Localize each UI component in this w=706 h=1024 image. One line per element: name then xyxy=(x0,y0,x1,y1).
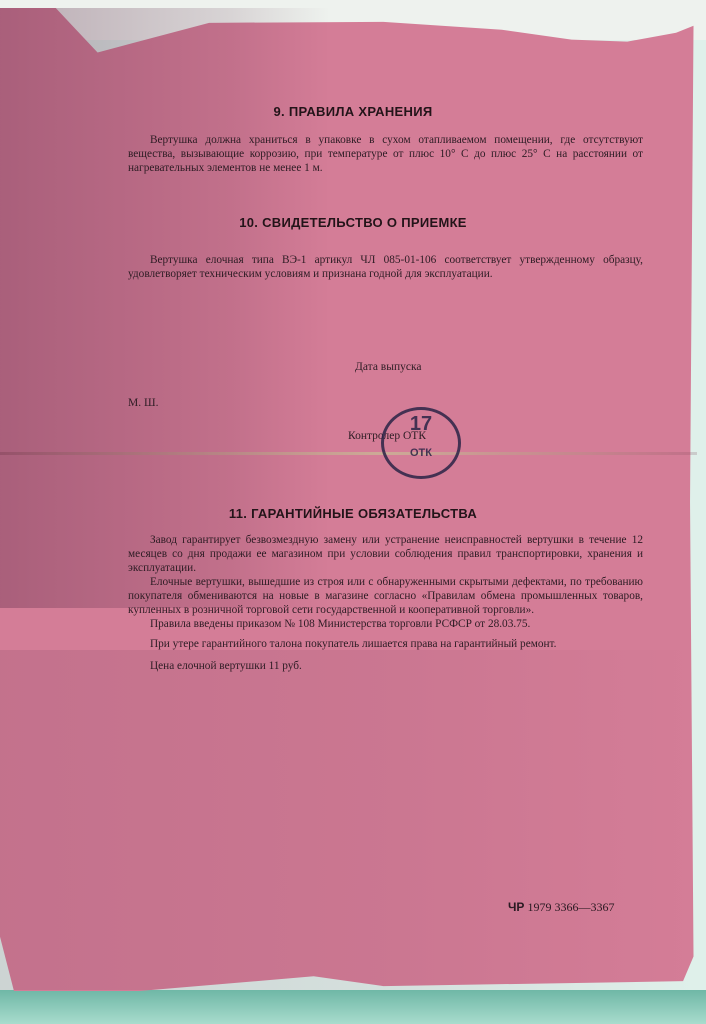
section-10-title: 10. СВИДЕТЕЛЬСТВО О ПРИЕМКЕ xyxy=(0,215,706,230)
section-9-body: Вертушка должна храниться в упаковке в с… xyxy=(128,133,643,175)
stamp-number: 17 xyxy=(384,412,458,436)
section-11-title: 11. ГАРАНТИЙНЫЕ ОБЯЗАТЕЛЬСТВА xyxy=(0,506,706,521)
stamp-place-label: М. Ш. xyxy=(128,397,158,409)
paper-fold-line xyxy=(0,452,697,455)
coupon-loss-paragraph: При утере гарантийного талона покупатель… xyxy=(128,637,643,651)
exchange-paragraph: Елочные вертушки, вышедшие из строя или … xyxy=(128,575,643,617)
section-9-title: 9. ПРАВИЛА ХРАНЕНИЯ xyxy=(0,104,706,119)
background-surface xyxy=(0,990,706,1024)
price-line: Цена елочной вертушки 11 руб. xyxy=(128,659,643,673)
otk-stamp: 17 ОТК xyxy=(381,407,461,479)
section-9-paragraph: Вертушка должна храниться в упаковке в с… xyxy=(128,133,643,175)
section-10-paragraph: Вертушка елочная типа ВЭ-1 артикул ЧЛ 08… xyxy=(128,253,643,281)
order-paragraph: Правила введены приказом № 108 Министерс… xyxy=(128,617,643,631)
print-code: ЧР 1979 3366—3367 xyxy=(508,900,614,915)
warranty-paragraph: Завод гарантирует безвозмездную замену и… xyxy=(128,533,643,575)
release-date-label: Дата выпуска xyxy=(355,361,421,373)
print-code-number: 1979 3366—3367 xyxy=(527,900,614,914)
stamp-text: ОТК xyxy=(384,446,458,460)
section-10-body: Вертушка елочная типа ВЭ-1 артикул ЧЛ 08… xyxy=(128,253,643,281)
print-code-prefix: ЧР xyxy=(508,900,524,914)
section-11-body: Завод гарантирует безвозмездную замену и… xyxy=(128,533,643,673)
